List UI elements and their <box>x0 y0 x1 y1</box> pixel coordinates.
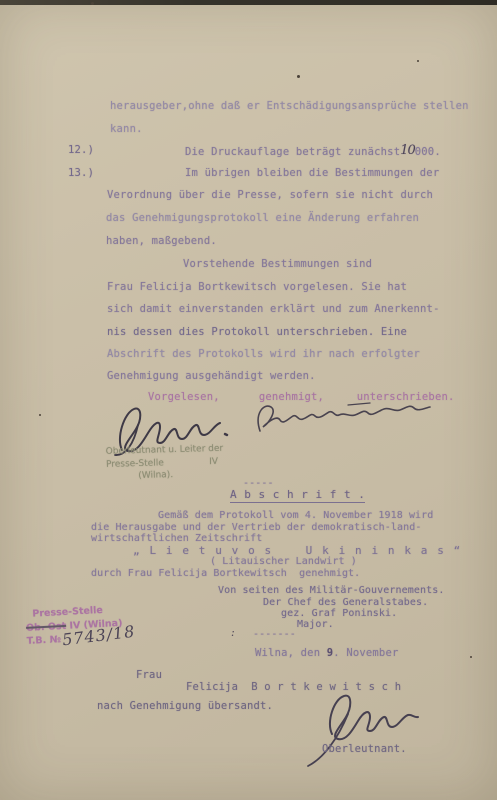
signature-officer-lower <box>300 692 425 770</box>
handwritten-print-run: 10 <box>400 143 415 158</box>
government-line: Der Chef des Generalstabes. <box>263 597 428 608</box>
scanned-document-page: herausgeber,ohne daß er Entschädigungsan… <box>0 0 497 800</box>
closing-line: Vorstehende Bestimmungen sind <box>183 258 372 270</box>
dateline: Wilna, den 9. November <box>255 647 399 659</box>
closing-line: Genehmigung ausgehändigt werden. <box>107 370 316 382</box>
closing-line: Abschrift des Protokolls wird ihr nach e… <box>107 348 420 360</box>
item-12-number: 12.) <box>68 144 94 156</box>
abschrift-line: Gemäß dem Protokoll vom 4. November 1918… <box>158 510 433 521</box>
ink-dots: : <box>231 626 235 639</box>
addressee-line: Frau <box>136 669 162 681</box>
officer-stamp-line2-right: IV <box>209 455 218 468</box>
body-line: herausgeber,ohne daß er Entschädigungsan… <box>110 100 469 112</box>
dateline-post: . November <box>333 647 398 659</box>
item-12-tail: 000. <box>415 146 441 158</box>
abschrift-line: die Herausgabe und der Vertrieb der demo… <box>91 522 422 533</box>
abschrift-heading: A b s c h r i f t . <box>230 488 365 503</box>
closing-line: nis dessen dies Protokoll unterschrieben… <box>107 326 407 338</box>
closing-line: Frau Felicija Bortkewitsch vorgelesen. S… <box>107 281 407 293</box>
journal-subtitle: ( Litauischer Landwirt ) <box>210 556 357 567</box>
item-13-line: Verordnung über die Presse, sofern sie n… <box>107 189 433 201</box>
officer-stamp: Oberleutnant u. Leiter der Presse-Stelle… <box>106 442 247 483</box>
abschrift-line: wirtschaftlichen Zeitschrift <box>91 533 262 544</box>
item-12-text: Die Druckauflage beträgt zunächst <box>185 146 400 158</box>
item-13-number: 13.) <box>68 167 94 179</box>
closing-line: sich damit einverstanden erklärt und zum… <box>107 303 440 315</box>
dateline-pre: Wilna, den <box>255 647 327 659</box>
paper-speck <box>297 75 300 78</box>
scan-edge-shadow <box>0 0 497 5</box>
abschrift-line: durch Frau Felicija Bortkewitsch genehmi… <box>91 568 360 579</box>
item-13-line: das Genehmigungsprotokoll eine Änderung … <box>106 212 419 224</box>
paper-speck <box>39 414 41 416</box>
signature-bortkewitsch <box>248 399 438 441</box>
item-13-line: Im übrigen bleiben die Bestimmungen der <box>185 167 439 179</box>
paper-speck <box>417 60 419 62</box>
item-12-line: Die Druckauflage beträgt zunächst10000. <box>185 144 441 159</box>
item-13-line: haben, maßgebend. <box>106 235 217 247</box>
body-line: kann. <box>110 123 143 135</box>
dateline-divider: ------- <box>253 629 296 640</box>
paper-speck <box>470 656 472 658</box>
rank-line: Oberleutnant. <box>322 743 407 755</box>
sent-note: nach Genehmigung übersandt. <box>97 700 273 712</box>
government-line: Major. <box>297 619 334 630</box>
paper-speck <box>91 2 94 5</box>
government-line: gez. Graf Poninski. <box>281 608 397 619</box>
officer-stamp-line1: Oberleutnant u. Leiter der <box>106 442 246 458</box>
government-line: Von seiten des Militär-Gouvernements. <box>218 585 444 596</box>
